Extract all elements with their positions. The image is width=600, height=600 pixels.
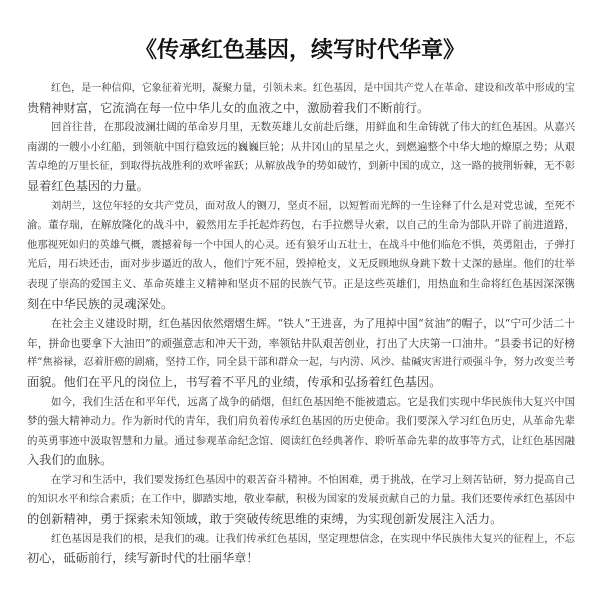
- document-title: 《传承红色基因，续写时代华章》: [0, 36, 600, 66]
- text-line: 样”焦裕禄，忍着肝癌的剧痛，坚持工作，同全县干部和群众一起，与内涝、风沙、盐碱灾…: [27, 353, 575, 373]
- text-line: 回首往昔，在那段波澜壮阔的革命岁月里，无数英雄儿女前赴后继，用鲜血和生命铸就了伟…: [27, 118, 575, 138]
- text-line: 苦卓绝的万里长征，到取得抗战胜利的欢呼雀跃；从解放战争的势如破竹，到新中国的成立…: [27, 157, 575, 177]
- text-line: 光后，用石块还击，面对步步逼近的敌人，他们宁死不屈，毁掉枪支，义无反顾地纵身跳下…: [27, 255, 575, 275]
- text-line: 表现了崇高的爱国主义、革命英雄主义精神和坚贞不屈的民族气节。正是这些英雄们，用热…: [27, 275, 575, 295]
- paragraph: 回首往昔，在那段波澜壮阔的革命岁月里，无数英雄儿女前赴后继，用鲜血和生命铸就了伟…: [27, 118, 575, 196]
- text-line: 在学习和生活中，我们要发扬红色基因中的艰苦奋斗精神。不怕困难，勇于挑战，在学习上…: [27, 471, 575, 491]
- document-body: 红色，是一种信仰，它象征着光明，凝聚力量，引领未来。红色基因，是中国共产党人在革…: [27, 79, 575, 569]
- document-page: 《传承红色基因，续写时代华章》 红色，是一种信仰，它象征着光明，凝聚力量，引领未…: [0, 0, 600, 600]
- paragraph: 刘胡兰，这位年轻的女共产党员，面对敌人的铡刀，坚贞不屈，以短暂而光辉的一生诠释了…: [27, 197, 575, 315]
- text-line: 面貌。他们在平凡的岗位上，书写着不平凡的业绩，传承和弘扬着红色基因。: [27, 373, 575, 393]
- text-line: 红色基因是我们的根，是我们的魂。让我们传承红色基因，坚定理想信念，在实现中华民族…: [27, 530, 575, 550]
- paragraph: 如今，我们生活在和平年代，远离了战争的硝烟，但红色基因绝不能被遗忘。它是我们实现…: [27, 393, 575, 471]
- text-line: 如今，我们生活在和平年代，远离了战争的硝烟，但红色基因绝不能被遗忘。它是我们实现…: [27, 393, 575, 413]
- text-line: 的英勇事迹中汲取智慧和力量。通过参观革命纪念馆、阅读红色经典著作、聆听革命先辈的…: [27, 432, 575, 452]
- text-line: 红色，是一种信仰，它象征着光明，凝聚力量，引领未来。红色基因，是中国共产党人在革…: [27, 79, 575, 99]
- text-line: 的创新精神，勇于探索未知领域，敢于突破传统思维的束缚，为实现创新发展注入活力。: [27, 510, 575, 530]
- text-line: 渝。董存瑞，在解放隆化的战斗中，毅然用左手托起炸药包，右手拉燃导火索，以自己的生…: [27, 216, 575, 236]
- text-line: 他那视死如归的英雄气概，震撼着每一个中国人的心灵。还有狼牙山五壮士，在战斗中他们…: [27, 236, 575, 256]
- text-line: 在社会主义建设时期，红色基因依然熠熠生辉。“铁人”王进喜，为了甩掉中国“贫油”的…: [27, 314, 575, 334]
- text-line: 南湖的一艘小小红船，到领航中国行稳致远的巍巍巨轮；从井冈山的星星之火，到燃遍整个…: [27, 138, 575, 158]
- text-line: 刘胡兰，这位年轻的女共产党员，面对敌人的铡刀，坚贞不屈，以短暂而光辉的一生诠释了…: [27, 197, 575, 217]
- text-line: 入我们的血脉。: [27, 451, 575, 471]
- text-line: 年，拼命也要拿下大油田”的顽强意志和冲天干劲，率领钻井队艰苦创业，打出了大庆第一…: [27, 334, 575, 354]
- text-line: 刻在中华民族的灵魂深处。: [27, 295, 575, 315]
- text-line: 贵精神财富，它流淌在每一位中华儿女的血液之中，激励着我们不断前行。: [27, 99, 575, 119]
- paragraph: 在社会主义建设时期，红色基因依然熠熠生辉。“铁人”王进喜，为了甩掉中国“贫油”的…: [27, 314, 575, 392]
- text-line: 初心，砥砺前行，续写新时代的壮丽华章！: [27, 549, 575, 569]
- text-line: 显着红色基因的力量。: [27, 177, 575, 197]
- paragraph: 红色，是一种信仰，它象征着光明，凝聚力量，引领未来。红色基因，是中国共产党人在革…: [27, 79, 575, 118]
- paragraph: 红色基因是我们的根，是我们的魂。让我们传承红色基因，坚定理想信念，在实现中华民族…: [27, 530, 575, 569]
- text-line: 梦的强大精神动力。作为新时代的青年，我们肩负着传承红色基因的历史使命。我们要深入…: [27, 412, 575, 432]
- text-line: 的知识水平和综合素质；在工作中，脚踏实地，敬业奉献，积极为国家的发展贡献自己的力…: [27, 490, 575, 510]
- paragraph: 在学习和生活中，我们要发扬红色基因中的艰苦奋斗精神。不怕困难，勇于挑战，在学习上…: [27, 471, 575, 530]
